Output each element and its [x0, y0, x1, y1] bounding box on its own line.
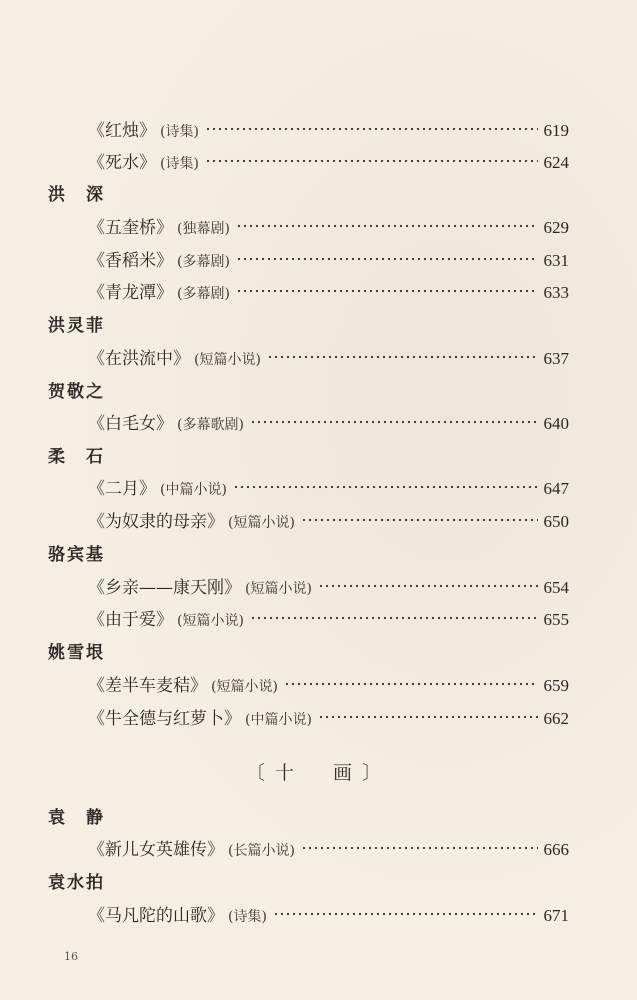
leader-dots — [250, 616, 538, 620]
page-number: 619 — [544, 121, 570, 141]
work-genre: (诗集) — [160, 153, 199, 173]
author-name: 洪灵菲 — [48, 311, 105, 336]
work-title: 《乡亲——康天刚》 — [88, 573, 241, 598]
leader-dots — [236, 224, 538, 228]
toc-entry[interactable]: 《五奎桥》 (独幕剧) 629 — [88, 213, 569, 238]
author-name: 袁 静 — [48, 803, 105, 828]
toc-entry[interactable]: 《在洪流中》 (短篇小说) 637 — [88, 344, 569, 369]
work-title: 《死水》 — [88, 148, 156, 173]
page-number: 633 — [544, 283, 570, 303]
page-number: 624 — [544, 153, 570, 173]
work-genre: (短篇小说) — [211, 676, 278, 696]
page-folio: 16 — [64, 950, 78, 963]
page-number: 640 — [544, 414, 570, 434]
author-name: 骆宾基 — [48, 540, 105, 565]
toc-entry[interactable]: 《由于爱》 (短篇小说) 655 — [88, 605, 569, 630]
section-heading: 〔十 画〕 — [0, 758, 637, 785]
page-number: 637 — [544, 349, 570, 369]
toc-entry[interactable]: 《马凡陀的山歌》 (诗集) 671 — [88, 901, 569, 926]
leader-dots — [205, 159, 538, 163]
toc-entry[interactable]: 《牛全德与红萝卜》 (中篇小说) 662 — [88, 704, 569, 729]
page-number: 666 — [544, 840, 570, 860]
author-name: 柔 石 — [48, 442, 105, 467]
author-name: 姚雪垠 — [48, 638, 105, 663]
author-name: 袁水拍 — [48, 868, 105, 893]
leader-dots — [233, 485, 538, 489]
work-title: 《香稻米》 — [88, 246, 173, 271]
work-genre: (长篇小说) — [228, 840, 295, 860]
toc-entry[interactable]: 《为奴隶的母亲》 (短篇小说) 650 — [88, 507, 569, 532]
toc-entry[interactable]: 《青龙潭》 (多幕剧) 633 — [88, 278, 569, 303]
work-genre: (多幕剧) — [177, 283, 230, 303]
work-genre: (短篇小说) — [194, 349, 261, 369]
leader-dots — [318, 584, 538, 588]
work-genre: (短篇小说) — [177, 610, 244, 630]
page-number: 659 — [544, 676, 570, 696]
toc-entry[interactable]: 《二月》 (中篇小说) 647 — [88, 474, 569, 499]
toc-entry[interactable]: 《差半车麦秸》 (短篇小说) 659 — [88, 671, 569, 696]
leader-dots — [301, 846, 538, 850]
page-number: 650 — [544, 512, 570, 532]
work-title: 《为奴隶的母亲》 — [88, 507, 224, 532]
leader-dots — [284, 682, 538, 686]
work-title: 《由于爱》 — [88, 605, 173, 630]
leader-dots — [205, 127, 538, 131]
work-genre: (诗集) — [228, 906, 267, 926]
work-title: 《五奎桥》 — [88, 213, 173, 238]
toc-entry[interactable]: 《香稻米》 (多幕剧) 631 — [88, 246, 569, 271]
leader-dots — [273, 912, 538, 916]
work-genre: (诗集) — [160, 121, 199, 141]
author-name: 贺敬之 — [48, 377, 105, 402]
toc-entry[interactable]: 《新儿女英雄传》 (长篇小说) 666 — [88, 835, 569, 860]
leader-dots — [236, 257, 538, 261]
work-genre: (独幕剧) — [177, 218, 230, 238]
page-number: 629 — [544, 218, 570, 238]
toc-entry[interactable]: 《红烛》 (诗集) 619 — [88, 116, 569, 141]
page-number: 654 — [544, 578, 570, 598]
work-title: 《二月》 — [88, 474, 156, 499]
work-title: 《牛全德与红萝卜》 — [88, 704, 241, 729]
work-genre: (中篇小说) — [160, 479, 227, 499]
leader-dots — [301, 518, 538, 522]
work-genre: (多幕剧) — [177, 251, 230, 271]
page-number: 671 — [544, 906, 570, 926]
work-title: 《差半车麦秸》 — [88, 671, 207, 696]
toc-entry[interactable]: 《死水》 (诗集) 624 — [88, 148, 569, 173]
work-genre: (多幕歌剧) — [177, 414, 244, 434]
toc-entry[interactable]: 《白毛女》 (多幕歌剧) 640 — [88, 409, 569, 434]
work-title: 《新儿女英雄传》 — [88, 835, 224, 860]
page-number: 655 — [544, 610, 570, 630]
work-genre: (中篇小说) — [245, 709, 312, 729]
page-number: 662 — [544, 709, 570, 729]
page-number: 647 — [544, 479, 570, 499]
work-title: 《青龙潭》 — [88, 278, 173, 303]
work-title: 《白毛女》 — [88, 409, 173, 434]
book-page: 《红烛》 (诗集) 619 《死水》 (诗集) 624 洪 深 《五奎桥》 (独… — [0, 0, 637, 1000]
work-title: 《在洪流中》 — [88, 344, 190, 369]
work-title: 《红烛》 — [88, 116, 156, 141]
work-genre: (短篇小说) — [228, 512, 295, 532]
leader-dots — [267, 355, 538, 359]
leader-dots — [318, 715, 538, 719]
work-genre: (短篇小说) — [245, 578, 312, 598]
author-name: 洪 深 — [48, 180, 105, 205]
leader-dots — [250, 420, 538, 424]
work-title: 《马凡陀的山歌》 — [88, 901, 224, 926]
toc-entry[interactable]: 《乡亲——康天刚》 (短篇小说) 654 — [88, 573, 569, 598]
leader-dots — [236, 289, 538, 293]
page-number: 631 — [544, 251, 570, 271]
